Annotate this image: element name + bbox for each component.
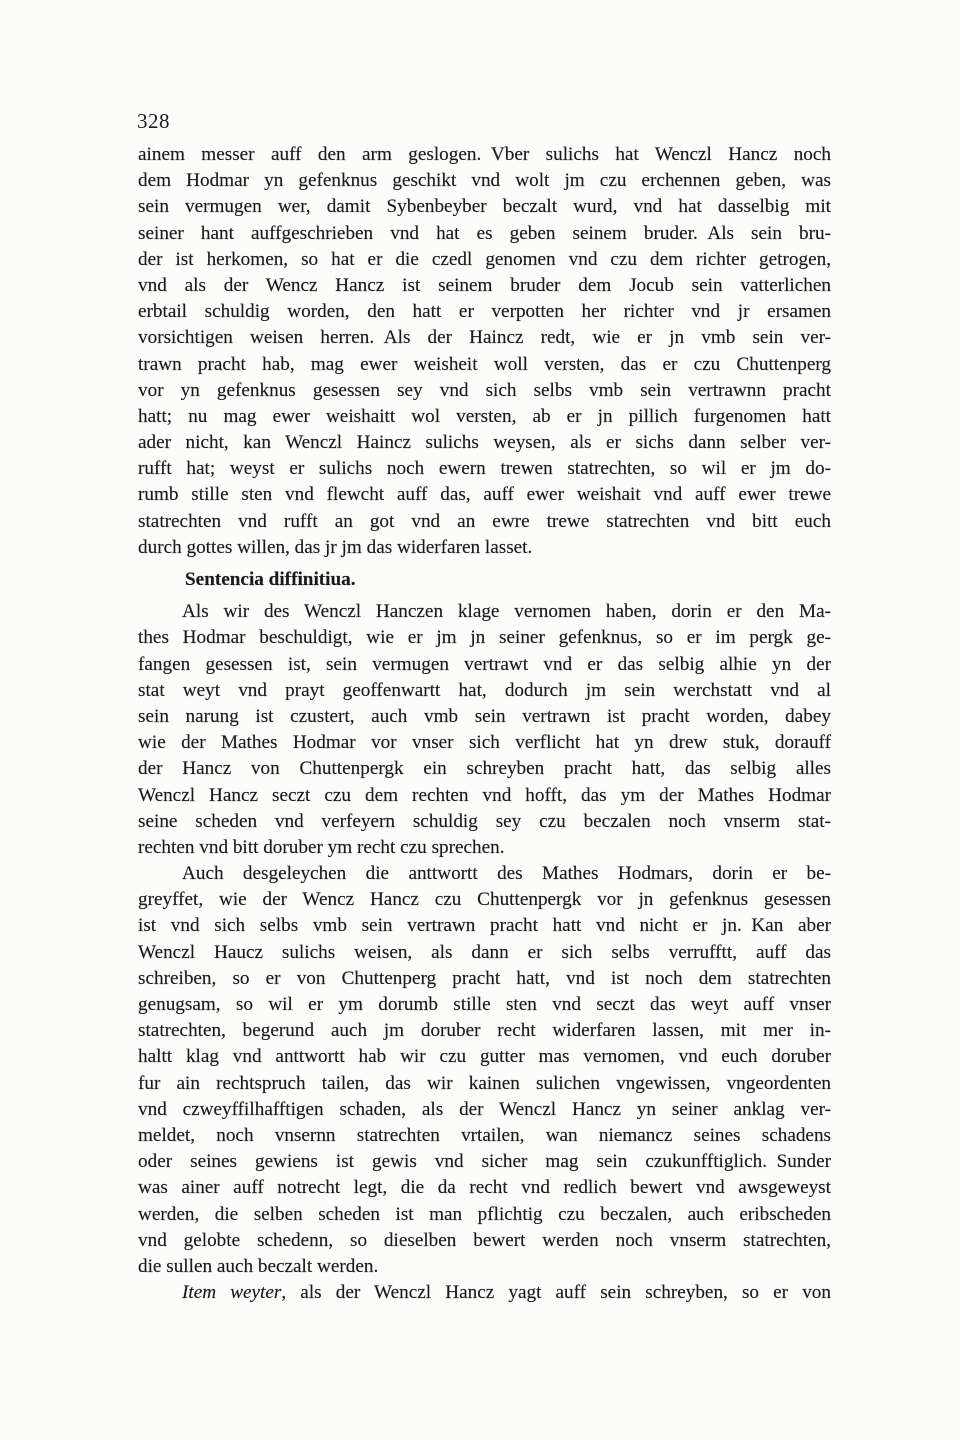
text-line: ainem messer auff den arm geslogen. Vber… xyxy=(138,142,831,168)
paragraph: Auch desgeleychen die anttwortt des Math… xyxy=(138,861,831,1280)
text-block: ainem messer auff den arm geslogen. Vber… xyxy=(138,142,831,1306)
text-line: werden, die selben scheden ist man pflic… xyxy=(138,1202,831,1228)
text-line: schreiben, so er von Chuttenperg pracht … xyxy=(138,966,831,992)
text-line: durch gottes willen, das jr jm das wider… xyxy=(138,535,831,561)
text-line: ader nicht, kan Wenczl Haincz sulichs we… xyxy=(138,430,831,456)
text-line: seine scheden vnd verfeyern schuldig sey… xyxy=(138,809,831,835)
text-line: vnd als der Wencz Hancz ist seinem brude… xyxy=(138,273,831,299)
text-line: greyffet, wie der Wencz Hancz czu Chutte… xyxy=(138,887,831,913)
text-line: die sullen auch beczalt werden. xyxy=(138,1254,831,1280)
text-line: was ainer auff notrecht legt, die da rec… xyxy=(138,1175,831,1201)
section-heading: Sentencia diffinitiua. xyxy=(185,567,831,593)
text-line: dem Hodmar yn gefenknus geschikt vnd wol… xyxy=(138,168,831,194)
text-line: thes Hodmar beschuldigt, wie er jm jn se… xyxy=(138,625,831,651)
text-line: der ist herkomen, so hat er die czedl ge… xyxy=(138,247,831,273)
paragraph: ainem messer auff den arm geslogen. Vber… xyxy=(138,142,831,561)
text-line: fangen gesessen ist, sein vermugen vertr… xyxy=(138,652,831,678)
text-line: vor yn gefenknus gesessen sey vnd sich s… xyxy=(138,378,831,404)
text-line: rufft hat; weyst er sulichs noch ewern t… xyxy=(138,456,831,482)
text-line: trawn pracht hab, mag ewer weisheit woll… xyxy=(138,352,831,378)
text-line: statrechten, begerund auch jm doruber re… xyxy=(138,1018,831,1044)
text-line: vorsichtigen weisen herren. Als der Hain… xyxy=(138,325,831,351)
text-line: fur ain rechtspruch tailen, das wir kain… xyxy=(138,1071,831,1097)
text-line: seiner hant auffgeschrieben vnd hat es g… xyxy=(138,221,831,247)
text-line: sein narung ist czustert, auch vmb sein … xyxy=(138,704,831,730)
text-line: sein vermugen wer, damit Sybenbeyber bec… xyxy=(138,194,831,220)
book-page: 328 ainem messer auff den arm geslogen. … xyxy=(0,0,960,1440)
text-line: vnd gelobte schedenn, so dieselben bewer… xyxy=(138,1228,831,1254)
text-line: rechten vnd bitt doruber ym recht czu sp… xyxy=(138,835,831,861)
text-line: Auch desgeleychen die anttwortt des Math… xyxy=(138,861,831,887)
text-line: Als wir des Wenczl Hanczen klage vernome… xyxy=(138,599,831,625)
text-line: ist vnd sich selbs vmb sein vertrawn pra… xyxy=(138,913,831,939)
text-segment: , als der Wenczl Hancz yagt auff sein sc… xyxy=(281,1282,831,1303)
text-line: stat weyt vnd prayt geoffenwartt hat, do… xyxy=(138,678,831,704)
text-line: haltt klag vnd anttwortt hab wir czu gut… xyxy=(138,1044,831,1070)
text-line: Sentencia diffinitiua. xyxy=(185,567,831,593)
paragraph: Als wir des Wenczl Hanczen klage vernome… xyxy=(138,599,831,861)
italic-phrase: Item weyter xyxy=(182,1282,281,1303)
paragraph: Item weyter, als der Wenczl Hancz yagt a… xyxy=(138,1280,831,1306)
text-line: hatt; nu mag ewer weishaitt wol versten,… xyxy=(138,404,831,430)
text-line: der Hancz von Chuttenpergk ein schreyben… xyxy=(138,756,831,782)
text-line: Item weyter, als der Wenczl Hancz yagt a… xyxy=(138,1280,831,1306)
text-line: Wenczl Hancz seczt czu dem rechten vnd h… xyxy=(138,783,831,809)
page-number: 328 xyxy=(137,109,170,133)
text-line: vnd czweyffilhafftigen schaden, als der … xyxy=(138,1097,831,1123)
text-line: genugsam, so wil er ym dorumb stille ste… xyxy=(138,992,831,1018)
text-line: erbtail schuldig worden, den hatt er ver… xyxy=(138,299,831,325)
text-line: rumb stille sten vnd flewcht auff das, a… xyxy=(138,482,831,508)
text-line: Wenczl Haucz sulichs weisen, als dann er… xyxy=(138,940,831,966)
text-line: wie der Mathes Hodmar vor vnser sich ver… xyxy=(138,730,831,756)
text-line: meldet, noch vnsernn statrechten vrtaile… xyxy=(138,1123,831,1149)
text-line: statrechten vnd rufft an got vnd an ewre… xyxy=(138,509,831,535)
text-line: oder seines gewiens ist gewis vnd sicher… xyxy=(138,1149,831,1175)
